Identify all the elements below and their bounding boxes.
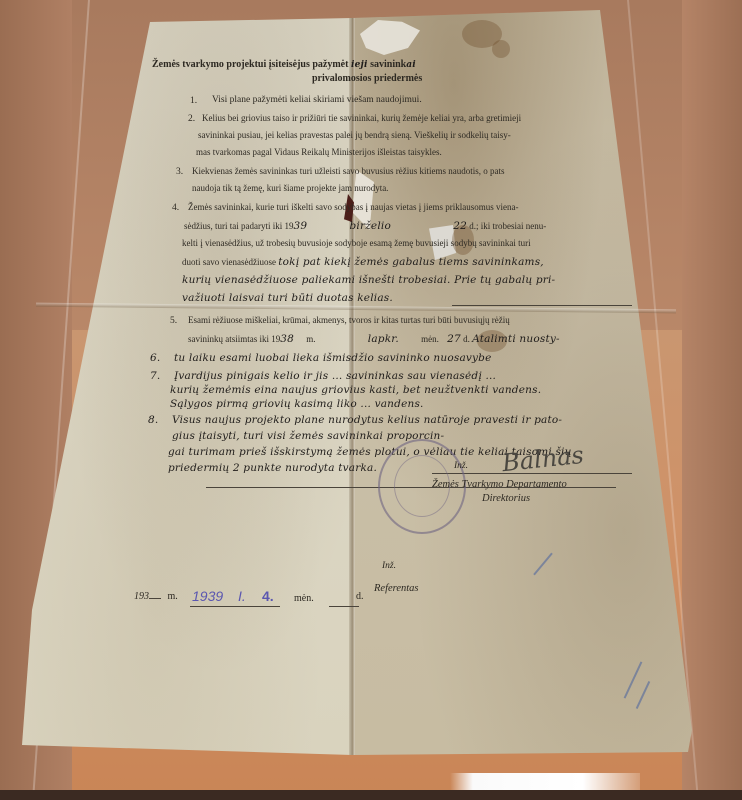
clause-number: 5. (170, 316, 177, 326)
clause-number: 1. (190, 96, 197, 106)
handwritten-line: kurių žemėmis eina naujus griovius kasti… (170, 384, 541, 396)
stain (492, 40, 510, 58)
historical-document: Žemės tvarkymo projektui įsiteisėjus paž… (22, 10, 692, 755)
handwritten-line: kurių vienasėdžiuose paliekami išnešti t… (182, 274, 555, 286)
clause-5-text: Esami rėžiuose miškeliai, krūmai, akmeny… (188, 316, 510, 325)
handwritten-line: gius įtaisyti, turi visi žemės savininka… (172, 430, 444, 442)
header-line2: privalomosios priedermės (312, 74, 422, 84)
fill-line (452, 305, 632, 306)
fill-line (329, 606, 359, 607)
clause-4-text: duoti savo vienasėdžiuose tokį pat kiekį… (182, 257, 544, 268)
clause-2-text: mas tvarkomas pagal Vidaus Reikalų Minis… (196, 148, 442, 157)
handwritten-line: važiuoti laisvai turi būti duotas kelias… (182, 292, 393, 304)
handwritten-line: Sąlygos pirmą griovių kasimą liko ... va… (170, 398, 424, 410)
handwritten-clause-6: 6. tu laiku esami luobai lieka išmisdžio… (150, 352, 492, 364)
day-label: d. (356, 592, 364, 602)
clause-1-text: Visi plane pažymėti keliai skiriami vieš… (212, 96, 422, 106)
clause-number: 4. (172, 203, 179, 213)
date-line: 193 m. (134, 592, 178, 602)
clause-2-text: Kelius bei griovius taiso ir prižiūri ti… (202, 114, 521, 123)
handwritten-clause-7: 7. Įvardijus pinigais kelio ir jis ... s… (150, 370, 496, 382)
clause-number: 2. (188, 114, 195, 124)
clause-3-text: naudoja tik tą žemę, kuri šiame projekte… (192, 184, 388, 193)
stamped-year: 1939 (192, 588, 223, 604)
month-label: mėn. (294, 594, 314, 604)
referent-title-prefix: Inž. (382, 562, 396, 572)
header-line1: Žemės tvarkymo projektui įsiteisėjus paž… (152, 60, 416, 70)
handwritten-clause-8: 8. Visus naujus projekto plane nurodytus… (148, 414, 562, 426)
stamped-month: I. (238, 588, 246, 604)
handwritten-line: priedermių 2 punkte nurodyta tvarka. (168, 462, 377, 474)
stamped-day: 4. (262, 588, 274, 604)
clause-4-text: kelti į vienasėdžius, už trobesių buvusi… (182, 239, 531, 248)
clause-number: 3. (176, 167, 183, 177)
clause-4-deadline: sėdžius, turi tai padaryti iki 1939 birž… (184, 221, 546, 232)
signer-position-line1: Žemės Tvarkymo Departamento (432, 480, 567, 491)
case-bottom-edge (0, 790, 742, 800)
clause-2-text: savininkai pusiau, jei kelias pravestas … (198, 131, 511, 140)
signer-title-prefix: Inž. (454, 462, 468, 472)
clause-3-text: Kiekvienas žemės savininkas turi užleist… (192, 167, 504, 176)
glass-glare (450, 773, 640, 791)
clause-4-text: Žemės savininkai, kurie turi iškelti sav… (188, 203, 518, 212)
fill-line (190, 606, 280, 607)
clause-5-deadline: savininkų atsiimtas iki 1938 m. lapkr. m… (188, 334, 560, 345)
referent-position: Referentas (374, 584, 419, 595)
signer-position-line2: Direktorius (482, 494, 530, 505)
